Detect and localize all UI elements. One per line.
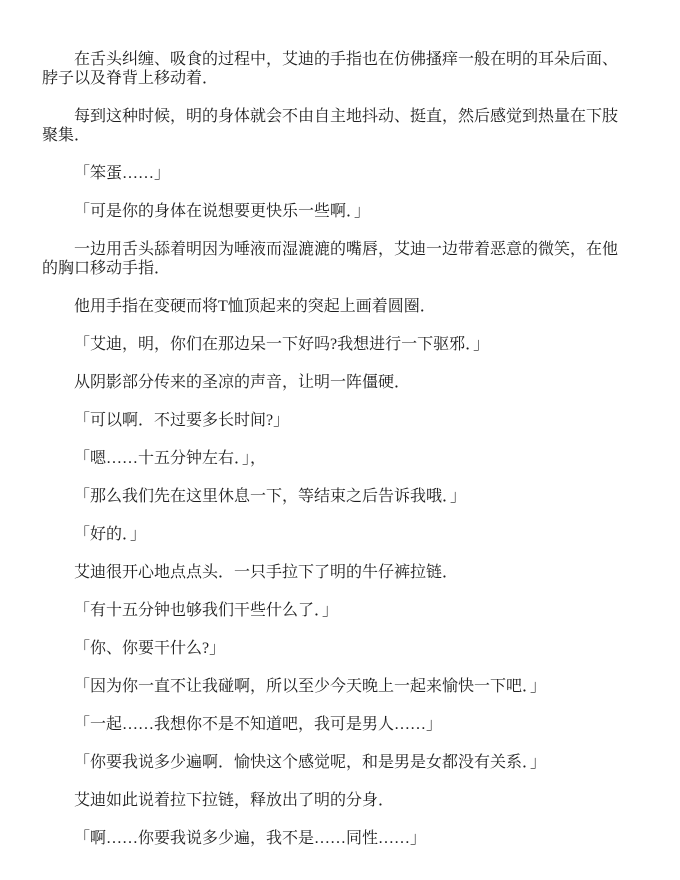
paragraph-dialogue: 「因为你一直不让我碰啊，所以至少今天晚上一起来愉快一下吧．」 (42, 677, 628, 696)
paragraph-dialogue: 「你、你要干什么?」 (42, 639, 628, 658)
paragraph-narration: 艾迪如此说着拉下拉链，释放出了明的分身． (42, 791, 628, 810)
paragraph-dialogue: 「好的．」 (42, 525, 628, 544)
paragraph-dialogue: 「有十五分钟也够我们干些什么了．」 (42, 601, 628, 620)
paragraph-dialogue: 「啊……你要我说多少遍，我不是……同性……」 (42, 829, 628, 848)
paragraph-dialogue: 「艾迪，明，你们在那边呆一下好吗?我想进行一下驱邪．」 (42, 335, 628, 354)
text-body: 在舌头纠缠、吸食的过程中，艾迪的手指也在仿佛搔痒一般在明的耳朵后面、脖子以及脊背… (42, 50, 628, 848)
paragraph-narration: 从阴影部分传来的圣凉的声音，让明一阵僵硬． (42, 373, 628, 392)
paragraph-dialogue: 「那么我们先在这里休息一下，等结束之后告诉我哦．」 (42, 487, 628, 506)
paragraph-dialogue: 「可以啊．不过要多长时间?」 (42, 411, 628, 430)
paragraph-narration: 他用手指在变硬而将T恤顶起来的突起上画着圆圈． (42, 297, 628, 316)
paragraph-narration: 每到这种时候，明的身体就会不由自主地抖动、挺直，然后感觉到热量在下肢聚集． (42, 107, 628, 145)
paragraph-dialogue: 「嗯……十五分钟左右．」， (42, 449, 628, 468)
paragraph-narration: 一边用舌头舔着明因为唾液而湿漉漉的嘴唇，艾迪一边带着恶意的微笑，在他的胸口移动手… (42, 240, 628, 278)
paragraph-dialogue: 「你要我说多少遍啊．愉快这个感觉呢，和是男是女都没有关系．」 (42, 753, 628, 772)
paragraph-narration: 在舌头纠缠、吸食的过程中，艾迪的手指也在仿佛搔痒一般在明的耳朵后面、脖子以及脊背… (42, 50, 628, 88)
novel-page: 在舌头纠缠、吸食的过程中，艾迪的手指也在仿佛搔痒一般在明的耳朵后面、脖子以及脊背… (0, 0, 680, 880)
paragraph-dialogue: 「可是你的身体在说想要更快乐一些啊．」 (42, 202, 628, 221)
paragraph-dialogue: 「一起……我想你不是不知道吧，我可是男人……」 (42, 715, 628, 734)
paragraph-narration: 艾迪很开心地点点头．一只手拉下了明的牛仔裤拉链． (42, 563, 628, 582)
paragraph-dialogue: 「笨蛋……」 (42, 164, 628, 183)
